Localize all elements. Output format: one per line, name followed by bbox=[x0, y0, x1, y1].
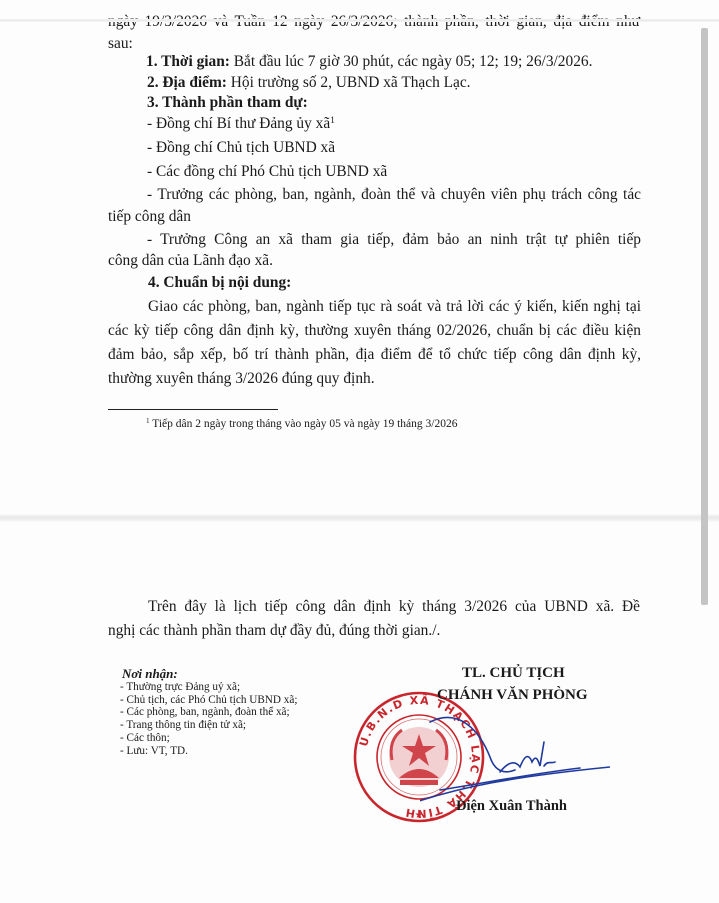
footnote: 1 Tiếp dân 2 ngày trong tháng vào ngày 0… bbox=[146, 418, 457, 430]
attendee-item: - Đồng chí Chủ tịch UBND xã bbox=[147, 139, 335, 157]
signature-title-2: CHÁNH VĂN PHÒNG bbox=[437, 687, 588, 704]
recipients-list: - Thường trực Đảng uỷ xã; - Chủ tịch, cá… bbox=[120, 681, 297, 757]
recipient-item: - Các phòng, ban, ngành, đoàn thể xã; bbox=[120, 706, 297, 719]
recipients-title: Nơi nhận: bbox=[122, 666, 178, 682]
item-location-label: 2. Địa điểm: bbox=[147, 74, 227, 91]
handwritten-signature-icon bbox=[420, 712, 610, 802]
item-location: 2. Địa điểm: Hội trường số 2, UBND xã Th… bbox=[147, 74, 471, 92]
recipient-item: - Các thôn; bbox=[120, 732, 297, 745]
intro-line-2: sau: bbox=[108, 35, 133, 53]
preparation-line: Giao các phòng, ban, ngành tiếp tục rà s… bbox=[148, 298, 641, 316]
closing-line: nghị các thành phần tham dự đầy đủ, đúng… bbox=[108, 622, 440, 640]
preparation-line: thường xuyên tháng 3/2026 đúng quy định. bbox=[108, 370, 375, 388]
recipient-item: - Trang thông tin điện tử xã; bbox=[120, 719, 297, 732]
attendee-item: - Đồng chí Bí thư Đảng ủy xã1 bbox=[147, 115, 335, 133]
recipient-item: - Thường trực Đảng uỷ xã; bbox=[120, 681, 297, 694]
document-page-1: ngày 19/3/2026 và Tuần 12 ngày 26/3/2026… bbox=[0, 0, 719, 514]
recipient-item: - Chủ tịch, các Phó Chủ tịch UBND xã; bbox=[120, 694, 297, 707]
attendee-item: - Các đồng chí Phó Chủ tịch UBND xã bbox=[147, 163, 387, 181]
preparation-line: đảm bảo, sắp xếp, bố trí thành phần, địa… bbox=[108, 346, 641, 364]
signer-name: Điện Xuân Thành bbox=[456, 798, 567, 815]
attendee-item-cont: tiếp công dân bbox=[108, 208, 191, 226]
item-time-label: 1. Thời gian: bbox=[146, 53, 230, 70]
item-time-text: Bắt đầu lúc 7 giờ 30 phút, các ngày 05; … bbox=[230, 53, 593, 70]
footnote-separator bbox=[108, 409, 278, 410]
preparation-line: các kỳ tiếp công dân định kỳ, thường xuy… bbox=[108, 322, 641, 340]
attendee-item: - Trưởng các phòng, ban, ngành, đoàn thể… bbox=[147, 186, 641, 204]
closing-line: Trên đây là lịch tiếp công dân định kỳ t… bbox=[148, 598, 640, 616]
signature-title-1: TL. CHỦ TỊCH bbox=[462, 665, 565, 682]
svg-text:★: ★ bbox=[415, 810, 424, 821]
attendee-item: - Trưởng Công an xã tham gia tiếp, đảm b… bbox=[147, 231, 641, 249]
attendee-item-cont: công dân của Lãnh đạo xã. bbox=[108, 252, 273, 270]
item-time: 1. Thời gian: Bắt đầu lúc 7 giờ 30 phút,… bbox=[146, 53, 592, 71]
item-location-text: Hội trường số 2, UBND xã Thạch Lạc. bbox=[227, 74, 471, 91]
vertical-scrollbar-thumb[interactable] bbox=[701, 28, 708, 605]
item-attendees-label: 3. Thành phần tham dự: bbox=[147, 94, 308, 112]
footnote-mark[interactable]: 1 bbox=[330, 115, 335, 126]
document-page-2: Trên đây là lịch tiếp công dân định kỳ t… bbox=[0, 522, 719, 903]
page-separator bbox=[0, 514, 719, 522]
intro-line-1: ngày 19/3/2026 và Tuần 12 ngày 26/3/2026… bbox=[108, 13, 640, 31]
item-preparation-label: 4. Chuẩn bị nội dung: bbox=[148, 274, 291, 292]
page-top-edge bbox=[0, 19, 719, 22]
recipient-item: - Lưu: VT, TD. bbox=[120, 745, 297, 758]
